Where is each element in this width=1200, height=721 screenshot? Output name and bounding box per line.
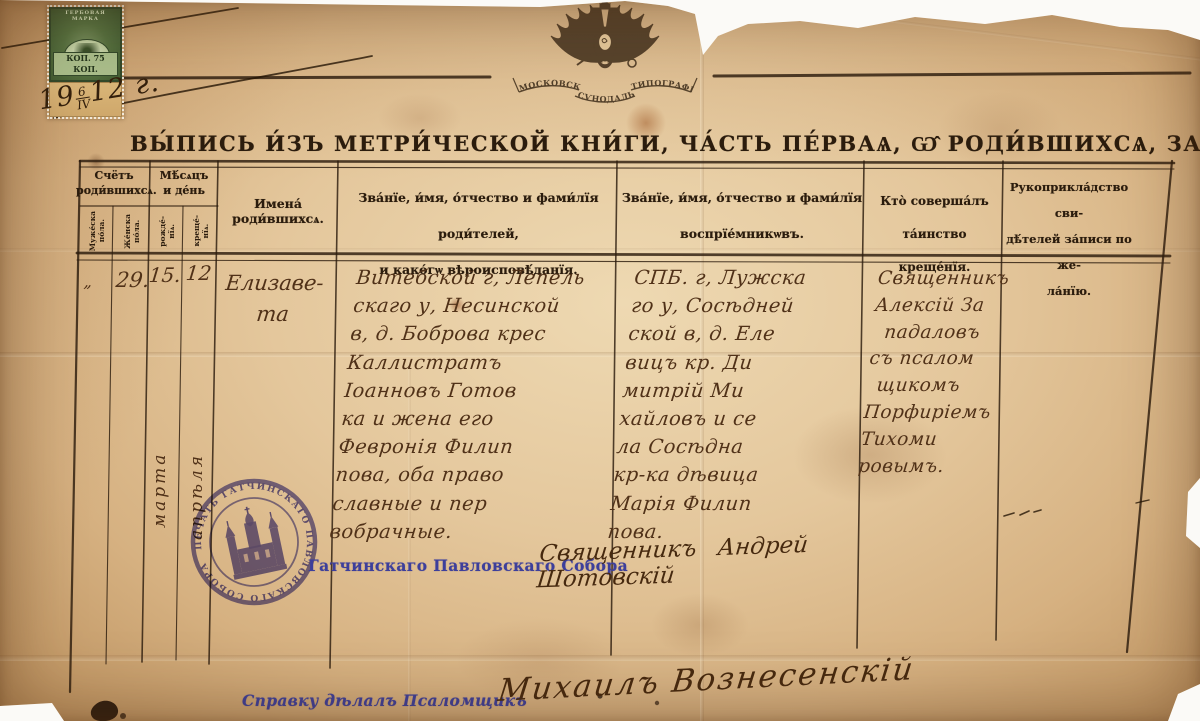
- handwritten-line: съ псалом: [868, 346, 1031, 373]
- handwritten-line: падаловъ: [883, 320, 1034, 347]
- header-baptism-date: креще́- нїѧ.: [183, 207, 218, 255]
- record-parents-text: Витебской г, Лепельскаго у, Несинскойв, …: [328, 264, 643, 546]
- imperial-eagle-emblem: МОСКОВСКОЙ СѴНОДАЛЬНОЙ ТИПОГРАФІИ: [505, 0, 705, 130]
- header-names: Имена́ роди́вшихсѧ.: [220, 196, 336, 227]
- handwritten-line: скаго у, Несинской: [352, 292, 640, 320]
- record-officiant-text: СвященникъАлексій Западаловъсъ псаломщик…: [857, 266, 1040, 480]
- revenue-stamp-arc-text: ГЕРБОВАЯ МАРКА: [51, 10, 120, 22]
- revenue-stamp-vignette: ГЕРБОВАЯ МАРКА КОП. 75 КОП.: [49, 7, 122, 82]
- clerk-role-stamp: Справку дѣлалъ Псаломщикъ: [242, 691, 527, 710]
- handwritten-line: щикомъ: [875, 373, 1028, 400]
- handwritten-line: СПБ. г, Лужска: [633, 264, 891, 292]
- title-printed-left: ВЫ́ПИСЬ И́ЗЪ МЕТРИ́ЧЕСКОЙ КНИ́ГИ, ЧА́СТЬ…: [130, 131, 1200, 156]
- document-title: ВЫ́ПИСЬ И́ЗЪ МЕТРИ́ЧЕСКОЙ КНИ́ГИ, ЧА́СТЬ…: [130, 120, 1130, 160]
- handwritten-line: Витебской г, Лепель: [355, 264, 643, 292]
- header-male-count: Муже́ска по́ла.: [80, 207, 113, 255]
- handwritten-line: хайловъ и се: [618, 405, 876, 433]
- record-child-name: Елизаве-та: [221, 268, 343, 330]
- handwritten-line: Тихоми: [860, 427, 1023, 454]
- record-birth-day: 15.: [148, 263, 182, 287]
- handwritten-line: Елизаве-: [224, 268, 342, 299]
- handwritten-line: Алексій За: [874, 293, 1037, 320]
- handwritten-line: кр-ка дѣвица: [612, 461, 870, 489]
- header-godparents: Зва́нїе, и́мя, о́тчество и фами́лїя восп…: [620, 180, 864, 252]
- record-birth-month: марта: [150, 318, 170, 528]
- handwritten-line: ской в, д. Еле: [627, 320, 885, 348]
- handwritten-line: Марія Филип: [609, 490, 867, 518]
- handwritten-line: ровымъ.: [857, 454, 1020, 481]
- handwritten-line: Февронія Филип: [337, 433, 625, 461]
- handwritten-line: ла Сосѣдна: [615, 433, 873, 461]
- handwritten-line: славные и пер: [331, 490, 619, 518]
- handwritten-line: Священникъ: [876, 266, 1039, 293]
- header-month-day: Мѣ́сѧцъ и де́нь: [150, 168, 218, 198]
- header-birth-date: рожде́- нїѧ.: [150, 207, 183, 255]
- handwritten-line: в, д. Боброва крес: [349, 320, 637, 348]
- parish-seal: ПЕЧАТЬ ГАТЧИНСКАГО ПАВЛОВСКАГО СОБОРА: [176, 464, 333, 621]
- record-godparents-text: СПБ. г, Лужскаго у, Сосѣднейской в, д. Е…: [606, 264, 891, 546]
- handwritten-line: Іоанновъ Готов: [343, 377, 631, 405]
- record-baptism-day: 12: [185, 261, 213, 285]
- revenue-stamp-value: КОП. 75 КОП.: [53, 52, 118, 76]
- document-paper: МОСКОВСКОЙ СѴНОДАЛЬНОЙ ТИПОГРАФІИ ГЕРБОВ…: [0, 0, 1200, 721]
- header-female-count: Же́нска по́ла.: [113, 207, 150, 255]
- handwritten-line: вицъ кр. Ди: [624, 349, 882, 377]
- handwritten-line: го у, Сосѣдней: [630, 292, 888, 320]
- handwritten-line: митрій Ми: [621, 377, 879, 405]
- handwritten-line: та: [255, 299, 339, 330]
- scanned-document-photo: МОСКОВСКОЙ СѴНОДАЛЬНОЙ ТИПОГРАФІИ ГЕРБОВ…: [0, 0, 1200, 721]
- header-birth-count: Счётъ роди́вшихсѧ.: [76, 168, 152, 198]
- handwritten-line: Порфиріемъ: [862, 400, 1025, 427]
- handwritten-line: ка и жена его: [340, 405, 628, 433]
- handwritten-line: пова, оба право: [334, 461, 622, 489]
- seal-cathedral-icon: [220, 501, 287, 580]
- handwritten-line: Каллистратъ: [346, 349, 634, 377]
- record-female-count: 29.: [115, 268, 151, 292]
